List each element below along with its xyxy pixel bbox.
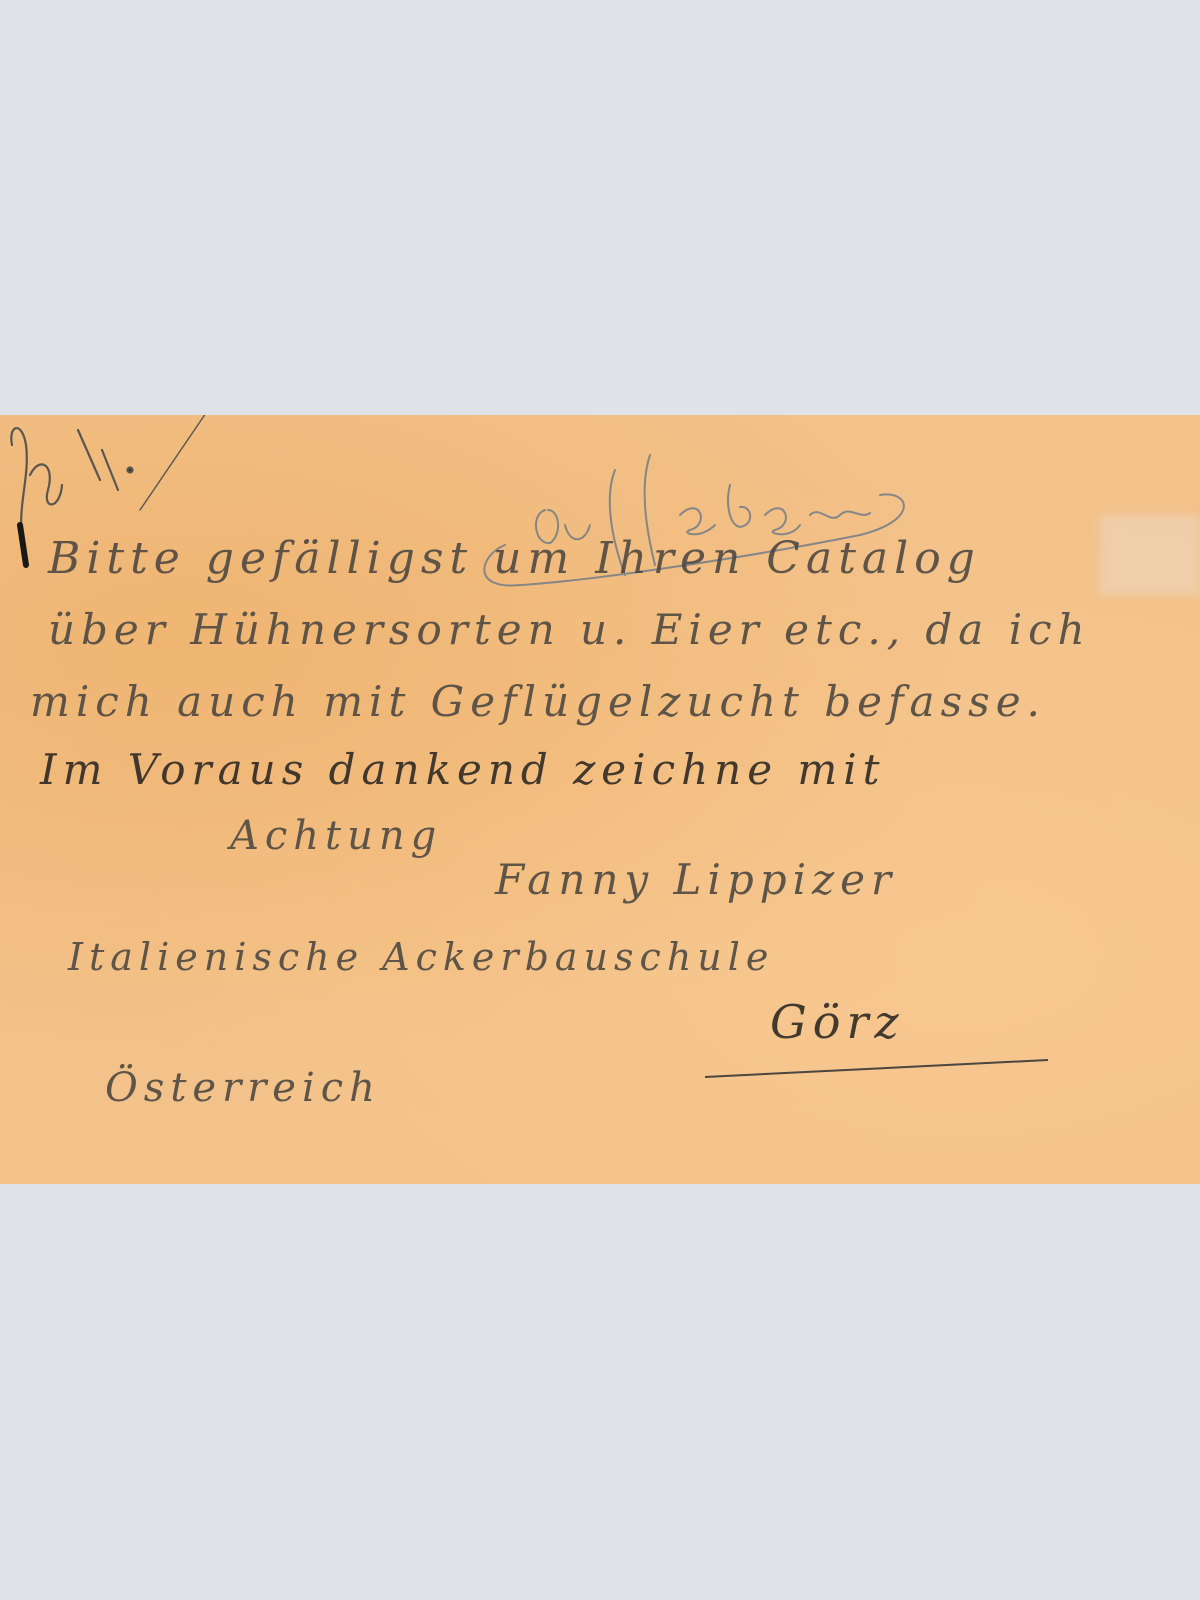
underline-strokes [0,415,1200,1184]
postcard: Bitte gefälligst um Ihren Catalog über H… [0,415,1200,1184]
city-underline [705,1060,1048,1077]
